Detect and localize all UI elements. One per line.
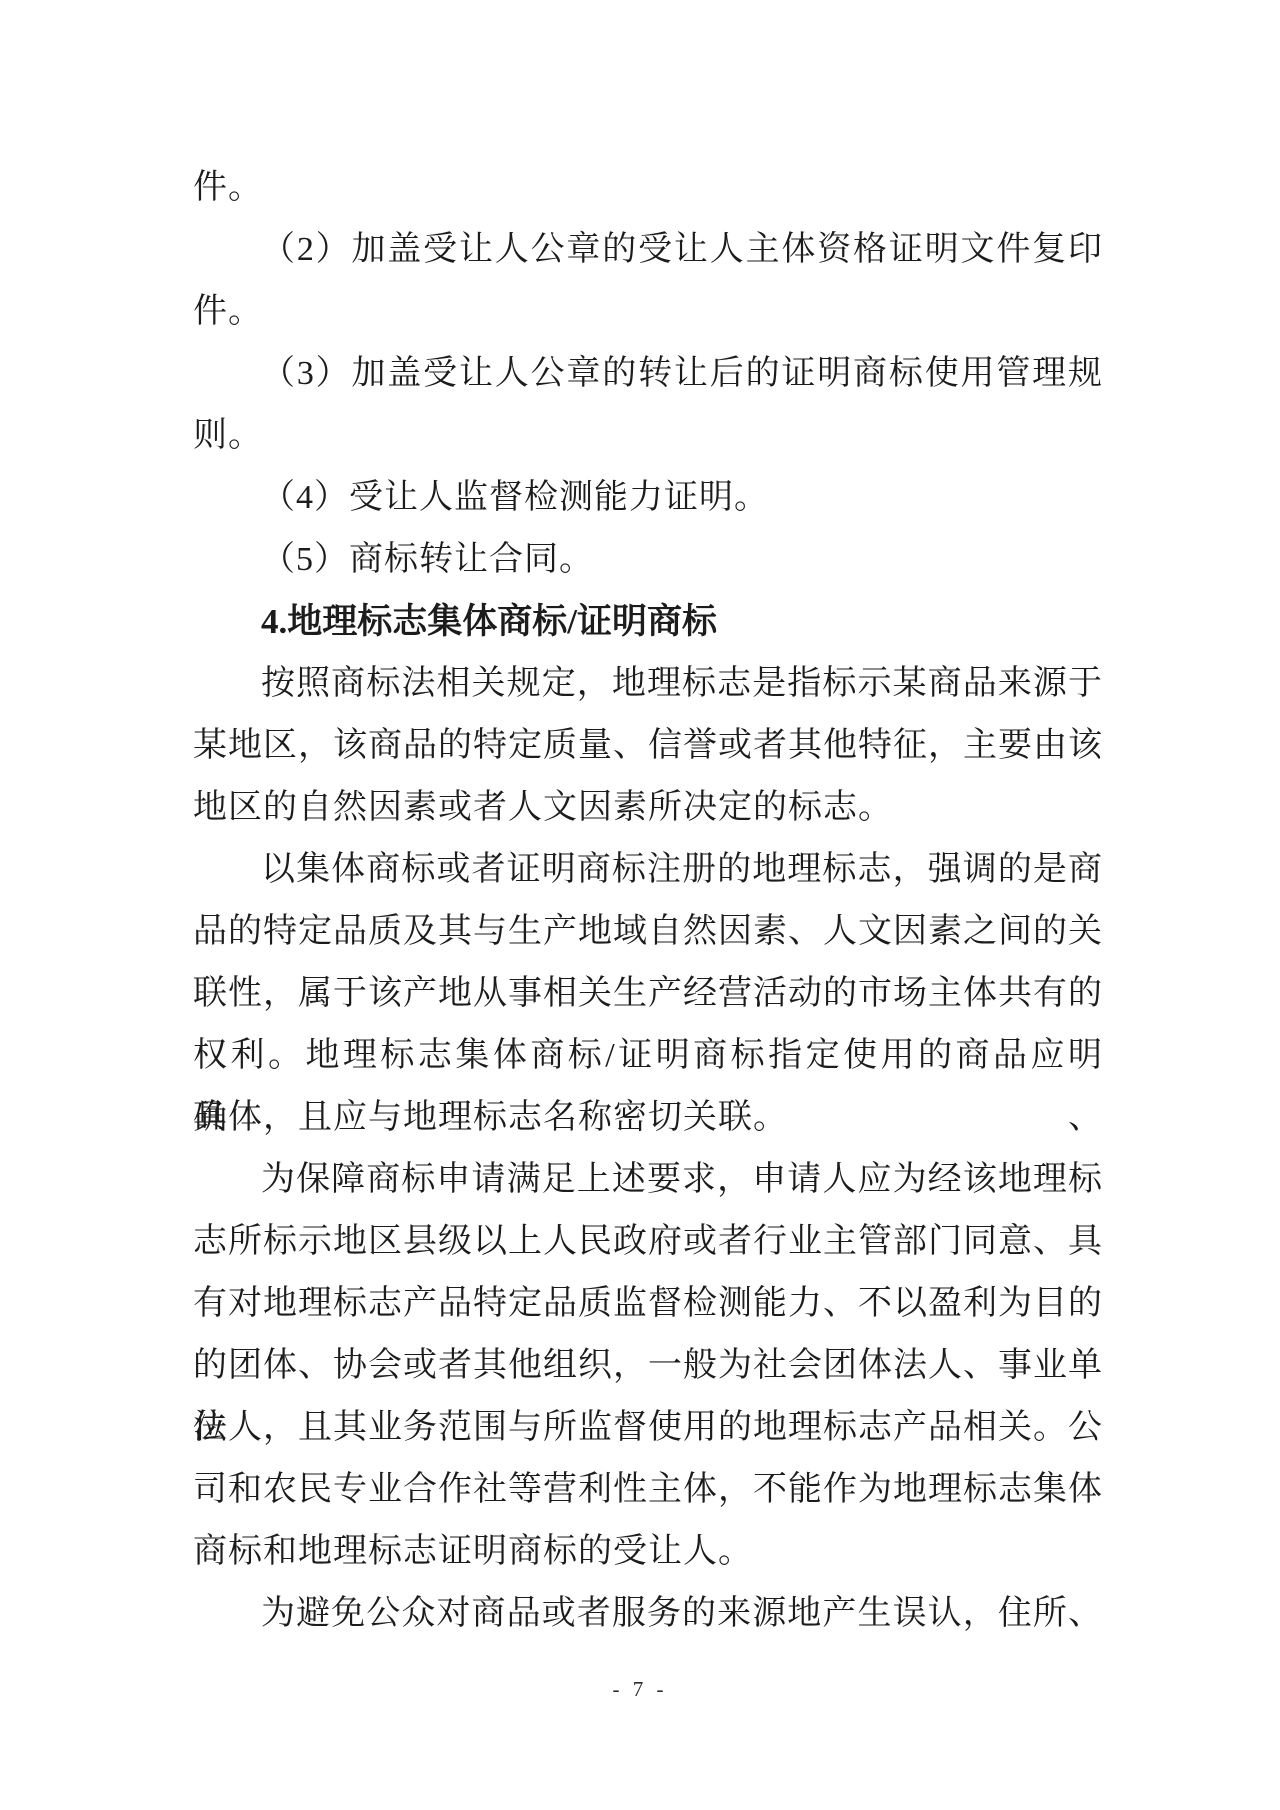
text-line: 则。 — [193, 405, 1103, 467]
text-line: 以集体商标或者证明商标注册的地理标志，强调的是商 — [193, 839, 1103, 901]
text-line: 法人，且其业务范围与所监督使用的地理标志产品相关。公 — [193, 1397, 1103, 1459]
page-number: - 7 - — [613, 1677, 668, 1701]
page-footer: - 7 - — [0, 1674, 1280, 1704]
text-line: （3）加盖受让人公章的转让后的证明商标使用管理规 — [193, 343, 1103, 405]
text-line: 志所标示地区县级以上人民政府或者行业主管部门同意、具 — [193, 1211, 1103, 1273]
text-line: 某地区，该商品的特定质量、信誉或者其他特征，主要由该 — [193, 715, 1103, 777]
text-line: 按照商标法相关规定，地理标志是指标示某商品来源于 — [193, 653, 1103, 715]
text-block: 件。（2）加盖受让人公章的受让人主体资格证明文件复印件。（3）加盖受让人公章的转… — [193, 157, 1103, 1645]
text-line: （5）商标转让合同。 — [193, 529, 1103, 591]
text-line: 为保障商标申请满足上述要求，申请人应为经该地理标 — [193, 1149, 1103, 1211]
text-line: 的团体、协会或者其他组织，一般为社会团体法人、事业单位 — [193, 1335, 1103, 1397]
document-page: 件。（2）加盖受让人公章的受让人主体资格证明文件复印件。（3）加盖受让人公章的转… — [0, 0, 1280, 1810]
text-line: 有对地理标志产品特定品质监督检测能力、不以盈利为目的 — [193, 1273, 1103, 1335]
text-line: （2）加盖受让人公章的受让人主体资格证明文件复印 — [193, 219, 1103, 281]
text-line: 为避免公众对商品或者服务的来源地产生误认，住所、 — [193, 1583, 1103, 1645]
section-heading: 4.地理标志集体商标/证明商标 — [193, 591, 1103, 653]
text-line: 件。 — [193, 157, 1103, 219]
text-line: 商标和地理标志证明商标的受让人。 — [193, 1521, 1103, 1583]
text-line: （4）受让人监督检测能力证明。 — [193, 467, 1103, 529]
text-line: 联性，属于该产地从事相关生产经营活动的市场主体共有的 — [193, 963, 1103, 1025]
text-line: 司和农民专业合作社等营利性主体，不能作为地理标志集体 — [193, 1459, 1103, 1521]
text-line: 地区的自然因素或者人文因素所决定的标志。 — [193, 777, 1103, 839]
text-line: 权利。地理标志集体商标/证明商标指定使用的商品应明确、 — [193, 1025, 1103, 1087]
text-line: 品的特定品质及其与生产地域自然因素、人文因素之间的关 — [193, 901, 1103, 963]
text-line: 件。 — [193, 281, 1103, 343]
